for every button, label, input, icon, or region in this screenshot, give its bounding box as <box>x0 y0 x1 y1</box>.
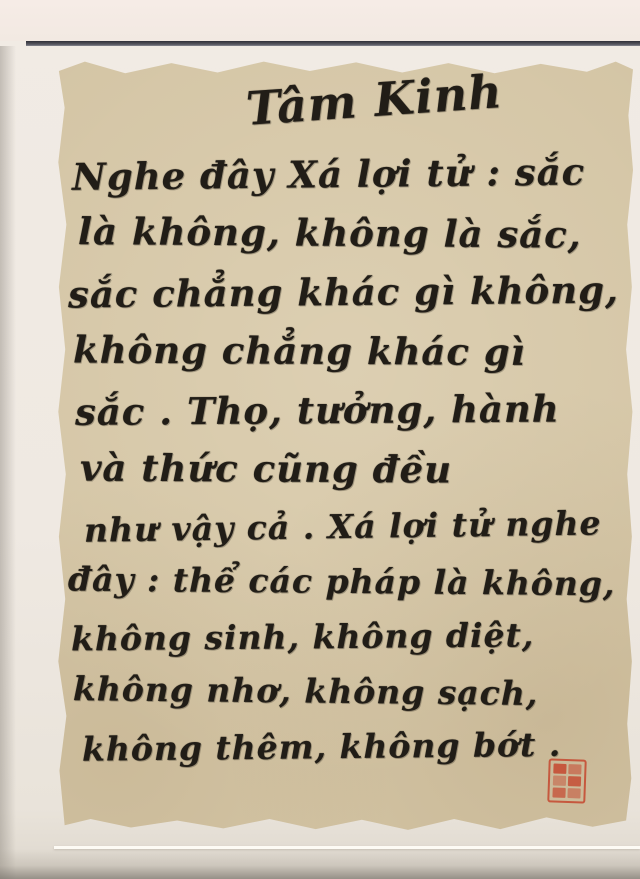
sutra-text: Nghe đây Xá lợi tử : sắc là không, không… <box>68 145 629 774</box>
sutra-line: và thức cũng đều <box>68 439 629 501</box>
sutra-line: đây : thể các pháp là không, <box>68 552 629 612</box>
mat-bottom-shadow <box>0 849 640 879</box>
sutra-line: sắc . Thọ, tưởng, hành <box>68 379 629 442</box>
sutra-line: sắc chẳng khác gì không, <box>68 261 629 325</box>
calligraphy-paper: Tâm Kinh Nghe đây Xá lợi tử : sắc là khô… <box>56 53 633 833</box>
sutra-line: không nhơ, không sạch, <box>68 661 630 722</box>
red-seal-icon <box>547 758 587 803</box>
sutra-line: không sinh, không diệt, <box>68 607 629 667</box>
sutra-line: không chẳng khác gì <box>68 321 629 383</box>
sutra-line: không thêm, không bớt . <box>68 716 630 777</box>
artwork-title: Tâm Kinh <box>244 64 504 136</box>
framed-calligraphy-photo: Tâm Kinh Nghe đây Xá lợi tử : sắc là khô… <box>0 0 640 879</box>
sutra-line: Nghe đây Xá lợi tử : sắc <box>68 142 630 207</box>
sutra-line: là không, không là sắc, <box>68 202 629 265</box>
sutra-line: như vậy cả . Xá lợi tử nghe <box>68 495 630 558</box>
mat-top-band <box>0 0 640 41</box>
mat-left-shadow <box>0 46 16 879</box>
frame-edge <box>26 41 640 46</box>
